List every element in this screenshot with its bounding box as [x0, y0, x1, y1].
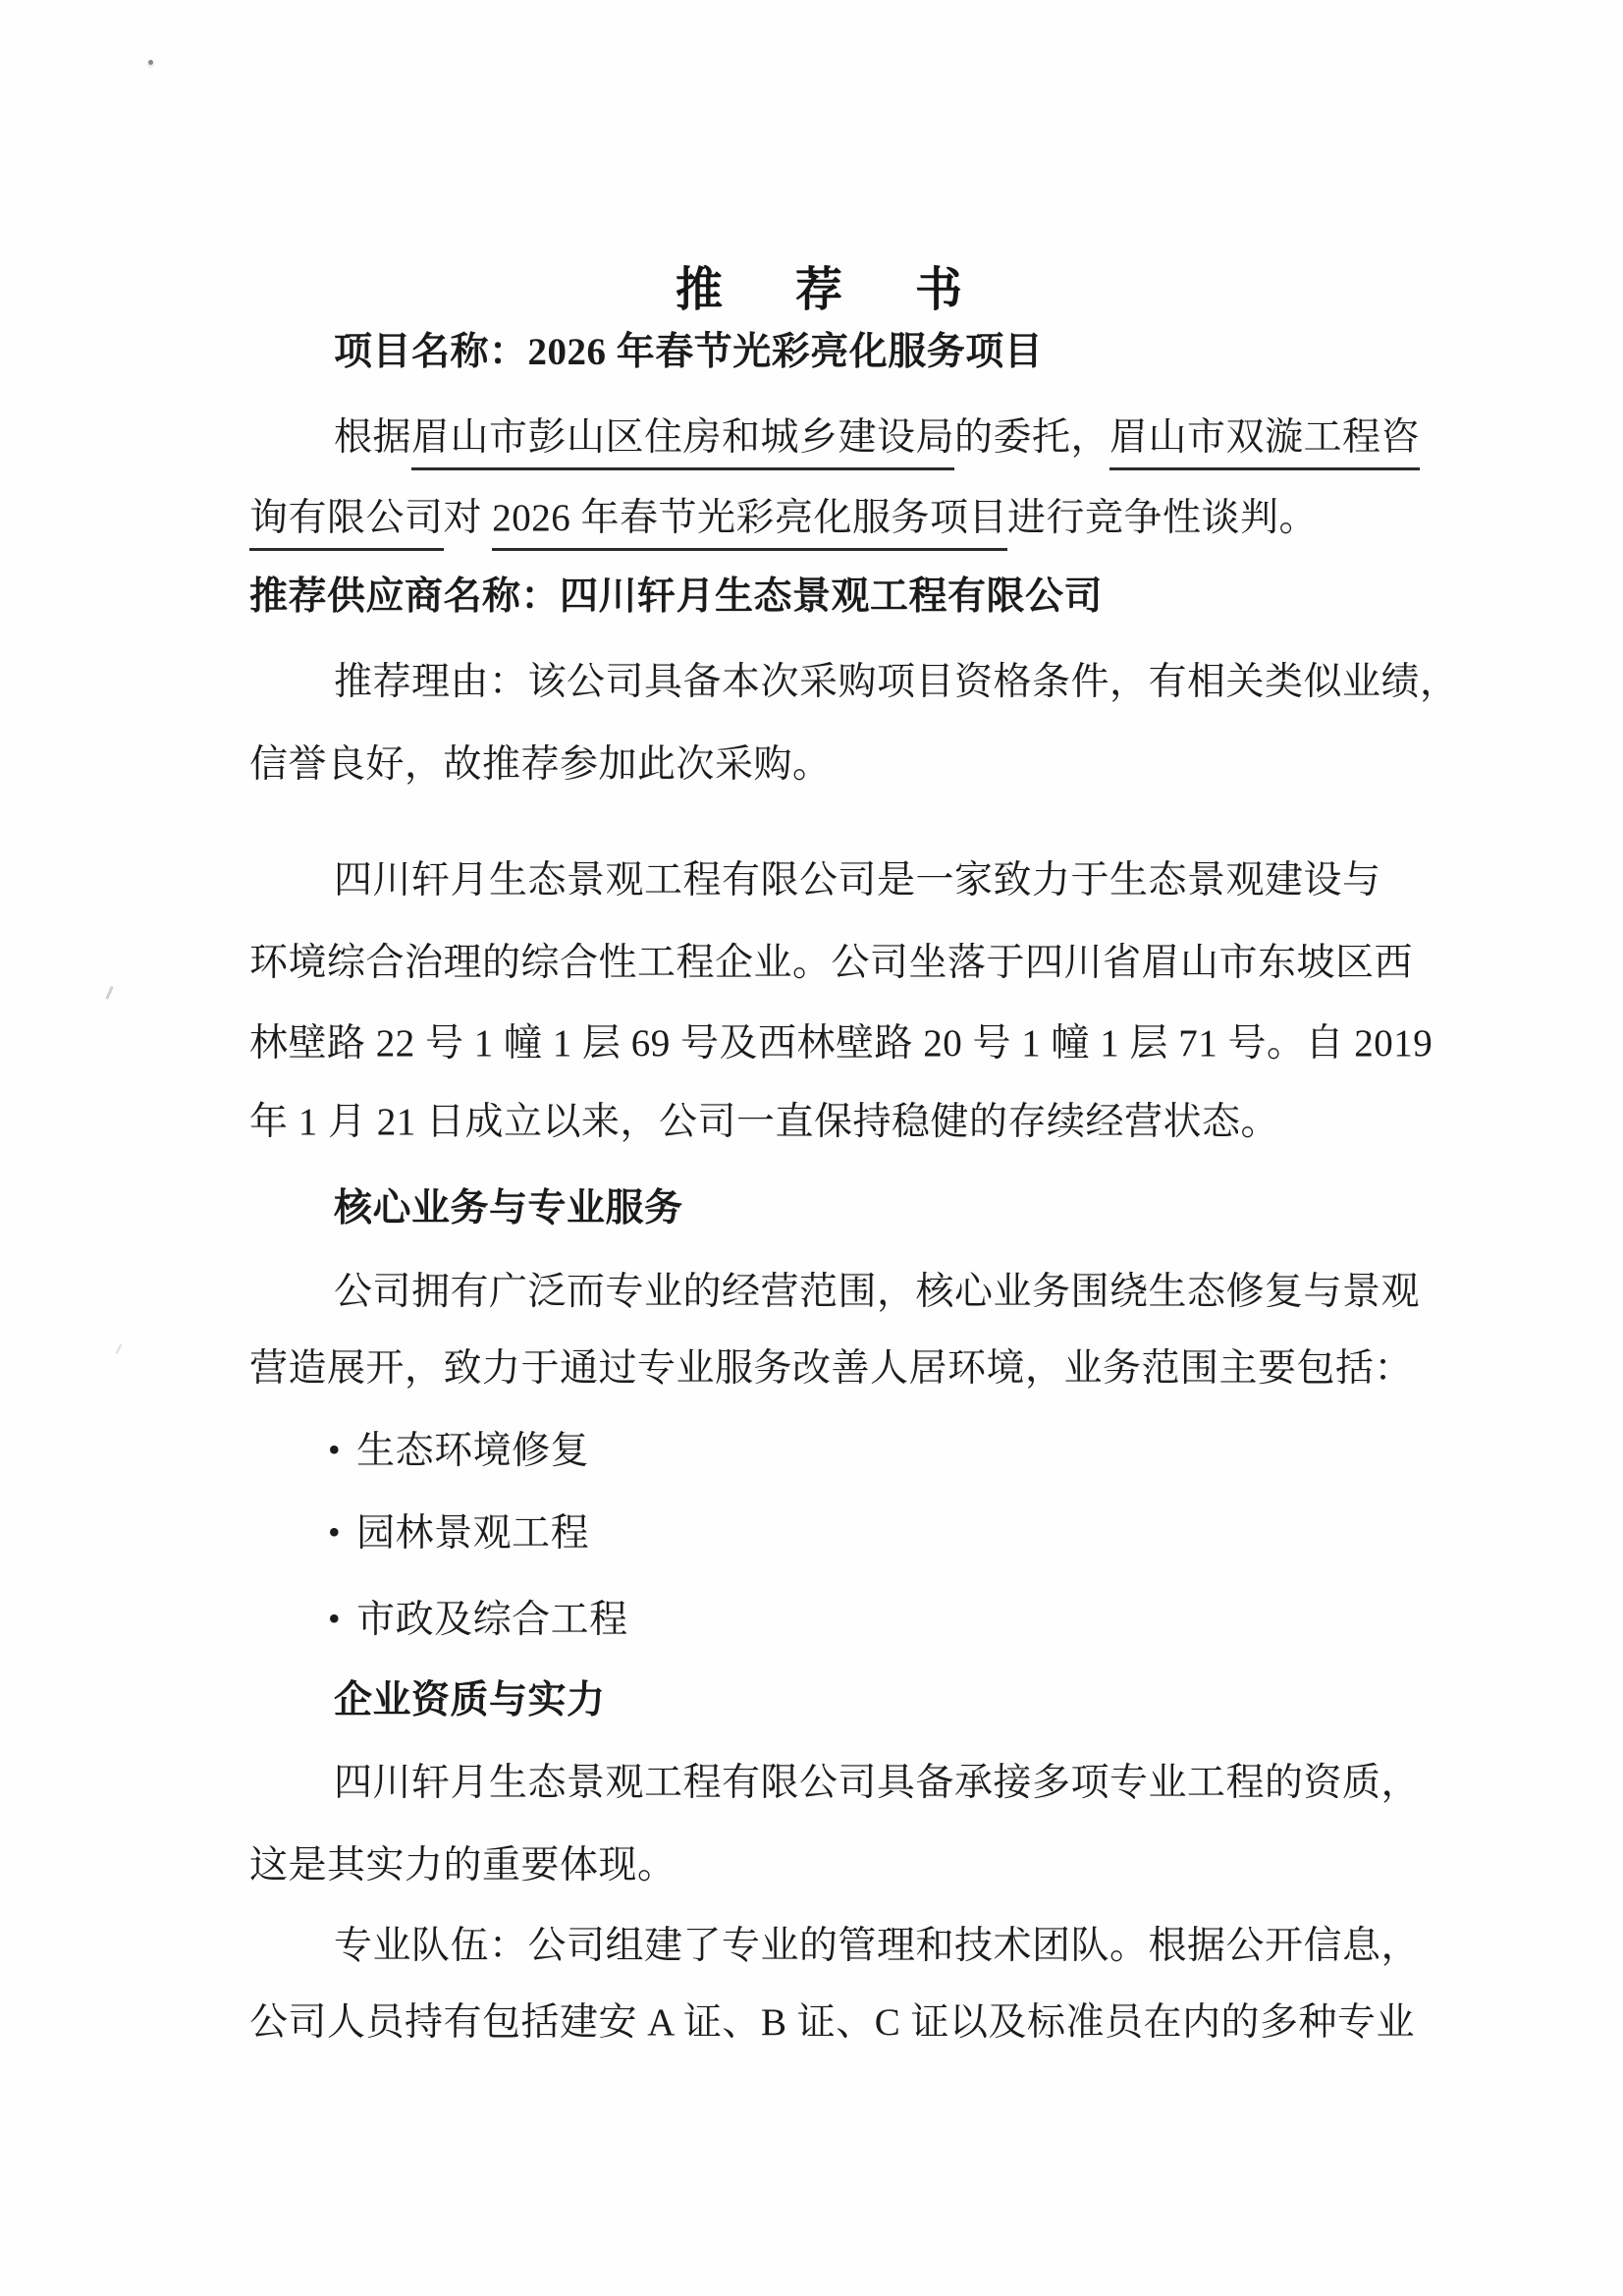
delegation-mid-text-2: 对: [444, 497, 493, 539]
project-name-underlined: 2026 年春节光彩亮化服务项目: [492, 497, 1007, 551]
document-page: 推荐书 项目名称：2026 年春节光彩亮化服务项目 根据眉山市彭山区住房和城乡建…: [0, 0, 1623, 2296]
scan-artifact-mark-1: [105, 986, 113, 1000]
strength-line-1: 四川轩月生态景观工程有限公司具备承接多项专业工程的资质，: [334, 1763, 1420, 1804]
agency-name-underlined-part2: 询有限公司: [249, 497, 444, 551]
delegation-line-1: 根据眉山市彭山区住房和城乡建设局的委托，眉山市双漩工程咨: [334, 417, 1420, 459]
intro-line-2: 环境综合治理的综合性工程企业。公司坐落于四川省眉山市东坡区西: [249, 943, 1413, 984]
delegation-mid-text: 的委托，: [954, 416, 1109, 459]
team-line-2: 公司人员持有包括建安 A 证、B 证、C 证以及标准员在内的多种专业: [249, 2002, 1415, 2044]
core-business-heading: 核心业务与专业服务: [334, 1188, 683, 1230]
project-name-line: 项目名称：2026 年春节光彩亮化服务项目: [334, 332, 1043, 373]
bullet-item-3-label: 市政及综合工程: [356, 1599, 628, 1641]
core-line-2: 营造展开，致力于通过专业服务改善人居环境，业务范围主要包括：: [249, 1348, 1413, 1390]
agency-name-underlined-part1: 眉山市双漩工程咨: [1109, 416, 1420, 470]
intro-line-3: 林壁路 22 号 1 幢 1 层 69 号及西林壁路 20 号 1 幢 1 层 …: [249, 1023, 1433, 1065]
supplier-name-line: 推荐供应商名称：四川轩月生态景观工程有限公司: [249, 576, 1103, 618]
bullet-item-1-label: 生态环境修复: [356, 1430, 589, 1472]
delegation-pre-text: 根据: [334, 416, 411, 459]
strength-line-2: 这是其实力的重要体现。: [249, 1845, 676, 1886]
core-line-1: 公司拥有广泛而专业的经营范围，核心业务围绕生态修复与景观: [334, 1272, 1420, 1313]
qualification-heading: 企业资质与实力: [334, 1680, 606, 1722]
intro-line-1: 四川轩月生态景观工程有限公司是一家致力于生态景观建设与: [334, 860, 1381, 902]
purchaser-name-underlined: 眉山市彭山区住房和城乡建设局: [411, 416, 954, 470]
reason-line-2: 信誉良好，故推荐参加此次采购。: [249, 744, 832, 786]
bullet-item-1: •生态环境修复: [328, 1431, 589, 1472]
reason-line-1: 推荐理由：该公司具备本次采购项目资格条件，有相关类似业绩，: [334, 662, 1459, 703]
intro-line-4: 年 1 月 21 日成立以来，公司一直保持稳健的存续经营状态。: [249, 1102, 1279, 1143]
bullet-item-2-label: 园林景观工程: [356, 1512, 589, 1555]
team-line-1: 专业队伍：公司组建了专业的管理和技术团队。根据公开信息，: [334, 1926, 1420, 1967]
bullet-item-3: •市政及综合工程: [328, 1600, 628, 1641]
delegation-post-text: 进行竞争性谈判。: [1007, 497, 1318, 539]
scan-artifact-mark-2: [116, 1343, 123, 1354]
bullet-item-2: •园林景观工程: [328, 1513, 589, 1555]
bullet-icon: •: [328, 1431, 341, 1469]
bullet-icon: •: [328, 1513, 341, 1552]
scan-artifact-dot: [148, 60, 153, 65]
document-title: 推荐书: [676, 251, 1035, 319]
delegation-line-2: 询有限公司对 2026 年春节光彩亮化服务项目进行竞争性谈判。: [249, 498, 1318, 539]
bullet-icon: •: [328, 1600, 341, 1638]
